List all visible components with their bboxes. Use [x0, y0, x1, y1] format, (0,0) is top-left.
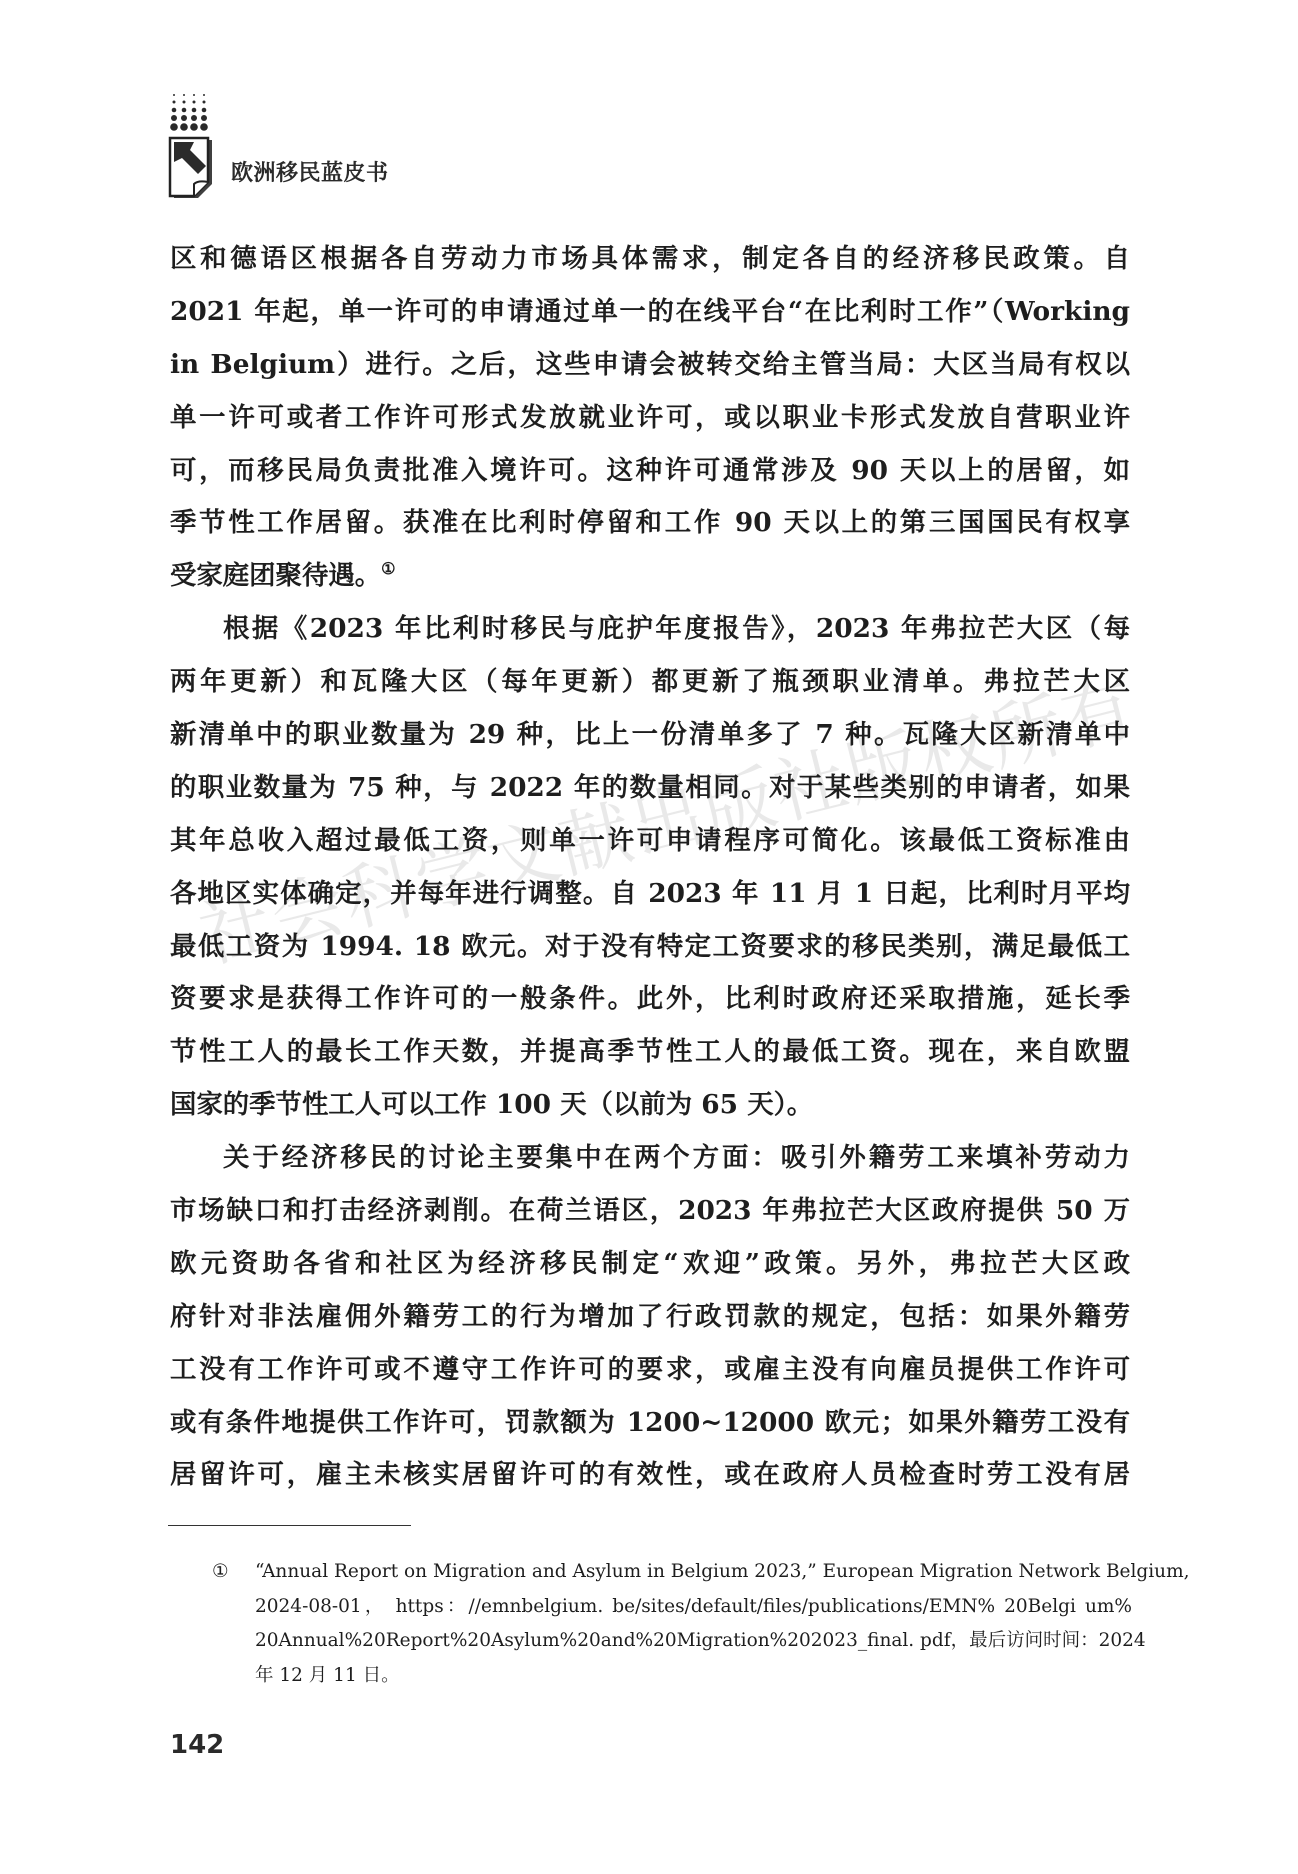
text-line: 节性工人的最长工作天数，并提高季节性工人的最低工资。现在，来自欧盟: [170, 1026, 1130, 1079]
text-line: in Belgium）进行。之后，这些申请会被转交给主管当局：大区当局有权以: [170, 339, 1130, 392]
text-line: 新清单中的职业数量为 29 种，比上一份清单多了 7 种。瓦隆大区新清单中: [170, 709, 1130, 762]
text-line-content: 节性工人的最长工作天数，并提高季节性工人的最低工资。现在，来自欧盟: [170, 1036, 1130, 1067]
text-line-content: 国家的季节性工人可以工作 100 天（以前为 65 天）。: [170, 1089, 813, 1120]
text-line: 区和德语区根据各自劳动力市场具体需求，制定各自的经济移民政策。自: [170, 233, 1130, 286]
text-line-content: 最低工资为 1994. 18 欧元。对于没有特定工资要求的移民类别，满足最低工: [170, 931, 1130, 962]
series-logo: [168, 92, 218, 204]
text-line: 居留许可，雇主未核实居留许可的有效性，或在政府人员检查时劳工没有居: [170, 1449, 1130, 1502]
text-line-content: 或有条件地提供工作许可，罚款额为 1200~12000 欧元；如果外籍劳工没有: [170, 1407, 1130, 1438]
text-line: 各地区实体确定，并每年进行调整。自 2023 年 11 月 1 日起，比利时月平…: [170, 868, 1130, 921]
footnote-divider: [168, 1525, 411, 1526]
footnote-line: 年 12 月 11 日。: [255, 1659, 1132, 1694]
footnote-line: 2024-08-01， https：//emnbelgium. be/sites…: [255, 1590, 1132, 1625]
body-text: 区和德语区根据各自劳动力市场具体需求，制定各自的经济移民政策。自2021 年起，…: [170, 233, 1130, 1502]
text-line-content: 工没有工作许可或不遵守工作许可的要求，或雇主没有向雇员提供工作许可: [170, 1354, 1130, 1385]
text-line: 其年总收入超过最低工资，则单一许可申请程序可简化。该最低工资标准由: [170, 815, 1130, 868]
page-number: 142: [170, 1730, 224, 1760]
text-line-content: 新清单中的职业数量为 29 种，比上一份清单多了 7 种。瓦隆大区新清单中: [170, 719, 1130, 750]
text-line: 资要求是获得工作许可的一般条件。此外，比利时政府还采取措施，延长季: [170, 973, 1130, 1026]
footnote-line: “Annual Report on Migration and Asylum i…: [255, 1555, 1132, 1590]
text-line-content: 可，而移民局负责批准入境许可。这种许可通常涉及 90 天以上的居留，如: [170, 455, 1130, 486]
text-line-content: in Belgium）进行。之后，这些申请会被转交给主管当局：大区当局有权以: [170, 349, 1130, 380]
text-line-content: 的职业数量为 75 种，与 2022 年的数量相同。对于某些类别的申请者，如果: [170, 772, 1130, 803]
footnote-reference-link[interactable]: ①: [381, 559, 395, 578]
text-line-content: 根据《2023 年比利时移民与庇护年度报告》，2023 年弗拉芒大区（每: [223, 613, 1130, 644]
text-line: 国家的季节性工人可以工作 100 天（以前为 65 天）。: [170, 1079, 1130, 1132]
text-line: 的职业数量为 75 种，与 2022 年的数量相同。对于某些类别的申请者，如果: [170, 762, 1130, 815]
text-line: 欧元资助各省和社区为经济移民制定“欢迎”政策。另外，弗拉芒大区政: [170, 1238, 1130, 1291]
text-line: 最低工资为 1994. 18 欧元。对于没有特定工资要求的移民类别，满足最低工: [170, 921, 1130, 974]
text-line-content: 季节性工作居留。获准在比利时停留和工作 90 天以上的第三国国民有权享: [170, 507, 1130, 538]
book-page-arrow-icon: [168, 136, 216, 202]
text-line: 关于经济移民的讨论主要集中在两个方面：吸引外籍劳工来填补劳动力: [170, 1132, 1130, 1185]
footnote-text: “Annual Report on Migration and Asylum i…: [255, 1555, 1132, 1693]
text-line-content: 其年总收入超过最低工资，则单一许可申请程序可简化。该最低工资标准由: [170, 825, 1130, 856]
text-line-content: 居留许可，雇主未核实居留许可的有效性，或在政府人员检查时劳工没有居: [170, 1459, 1130, 1490]
footnote-line: 20Annual%20Report%20Asylum%20and%20Migra…: [255, 1624, 1132, 1659]
text-line-content: 市场缺口和打击经济剥削。在荷兰语区，2023 年弗拉芒大区政府提供 50 万: [170, 1195, 1130, 1226]
text-line-content: 关于经济移民的讨论主要集中在两个方面：吸引外籍劳工来填补劳动力: [223, 1142, 1130, 1173]
text-line: 单一许可或者工作许可形式发放就业许可，或以职业卡形式发放自营职业许: [170, 392, 1130, 445]
footnote-marker: ①: [212, 1555, 229, 1590]
text-line: 府针对非法雇佣外籍劳工的行为增加了行政罚款的规定，包括：如果外籍劳: [170, 1291, 1130, 1344]
text-line: 市场缺口和打击经济剥削。在荷兰语区，2023 年弗拉芒大区政府提供 50 万: [170, 1185, 1130, 1238]
text-line-content: 各地区实体确定，并每年进行调整。自 2023 年 11 月 1 日起，比利时月平…: [170, 878, 1130, 909]
text-line: 根据《2023 年比利时移民与庇护年度报告》，2023 年弗拉芒大区（每: [170, 603, 1130, 656]
text-line: 2021 年起，单一许可的申请通过单一的在线平台“在比利时工作”（Working: [170, 286, 1130, 339]
text-line-content: 区和德语区根据各自劳动力市场具体需求，制定各自的经济移民政策。自: [170, 243, 1130, 274]
text-line: 可，而移民局负责批准入境许可。这种许可通常涉及 90 天以上的居留，如: [170, 445, 1130, 498]
text-line: 季节性工作居留。获准在比利时停留和工作 90 天以上的第三国国民有权享: [170, 497, 1130, 550]
text-line-content: 两年更新）和瓦隆大区（每年更新）都更新了瓶颈职业清单。弗拉芒大区: [170, 666, 1130, 697]
text-line: 受家庭团聚待遇。①: [170, 550, 1130, 603]
book-series-title: 欧洲移民蓝皮书: [231, 160, 389, 188]
text-line-content: 府针对非法雇佣外籍劳工的行为增加了行政罚款的规定，包括：如果外籍劳: [170, 1301, 1130, 1332]
text-line: 工没有工作许可或不遵守工作许可的要求，或雇主没有向雇员提供工作许可: [170, 1344, 1130, 1397]
text-line: 或有条件地提供工作许可，罚款额为 1200~12000 欧元；如果外籍劳工没有: [170, 1397, 1130, 1450]
dot-grid-icon: [170, 92, 210, 132]
text-line: 两年更新）和瓦隆大区（每年更新）都更新了瓶颈职业清单。弗拉芒大区: [170, 656, 1130, 709]
text-line-content: 2021 年起，单一许可的申请通过单一的在线平台“在比利时工作”（Working: [170, 296, 1130, 327]
text-line-content: 受家庭团聚待遇。: [170, 560, 381, 591]
text-line-content: 资要求是获得工作许可的一般条件。此外，比利时政府还采取措施，延长季: [170, 983, 1130, 1014]
text-line-content: 欧元资助各省和社区为经济移民制定“欢迎”政策。另外，弗拉芒大区政: [170, 1248, 1130, 1279]
text-line-content: 单一许可或者工作许可形式发放就业许可，或以职业卡形式发放自营职业许: [170, 402, 1130, 433]
